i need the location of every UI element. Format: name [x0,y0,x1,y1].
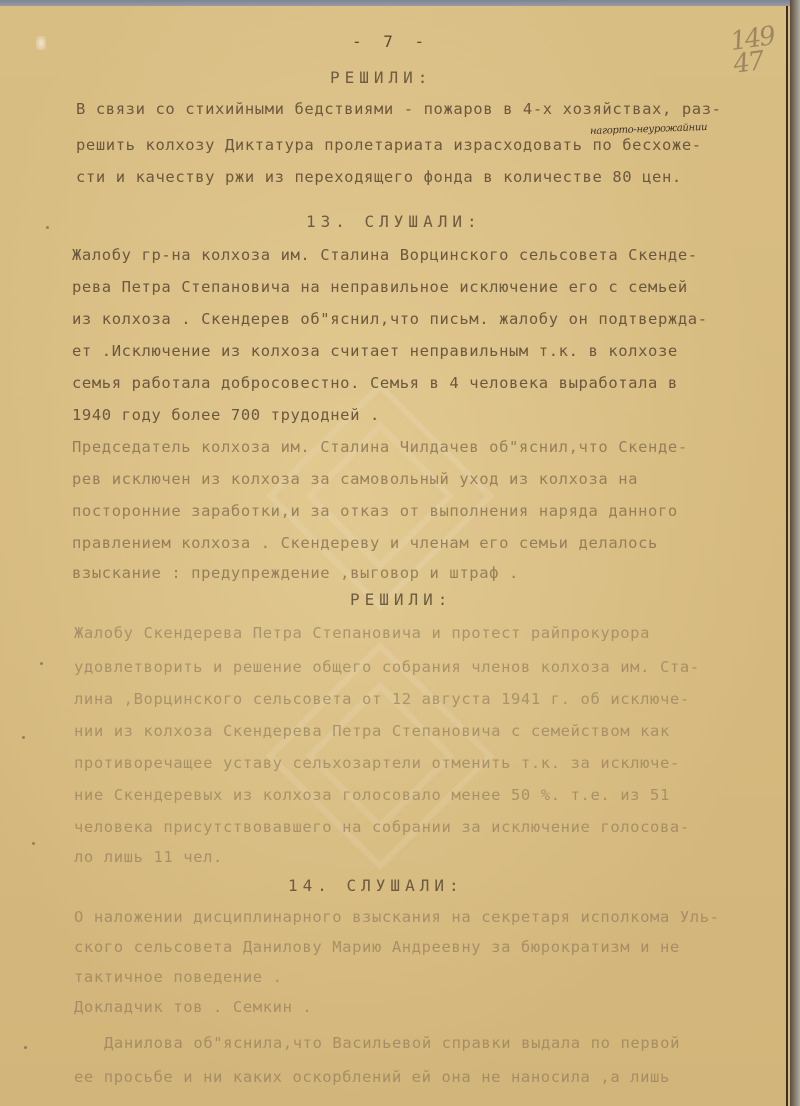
text-line: В связи со стихийными бедствиями - пожар… [76,100,722,118]
text-line: рев исключен из колхоза за самовольный у… [72,470,638,488]
document-page: - 7 - 14947 РЕШИЛИ: В связи со стихийным… [0,6,788,1106]
margin-speck [22,736,25,739]
section-heading-resolved: РЕШИЛИ: [350,590,452,609]
text-line: сти и качеству ржи из переходящего фонда… [76,168,682,186]
archive-folio-number: 14947 [729,25,779,77]
text-line: решить колхозу Диктатура пролетариата из… [76,136,702,154]
text-line: человека присутствовавшего на собрании з… [74,818,690,836]
text-line: рева Петра Степановича на неправильное и… [72,278,688,296]
text-line: тактичное поведение . [74,968,283,986]
text-line: Жалобу Скендерева Петра Степановича и пр… [74,624,650,642]
text-line: Данилова об"яснила,что Васильевой справк… [104,1034,680,1052]
margin-speck [46,226,49,229]
text-line: ет .Исключение из колхоза считает неправ… [72,342,678,360]
text-line: ние Скендеревых из колхоза голосовало ме… [74,786,670,804]
margin-speck [24,1046,27,1049]
page-binding-edge [790,0,800,1106]
text-line: нии из колхоза Скендерева Петра Степанов… [74,722,670,740]
section-heading-resolved: РЕШИЛИ: [330,68,432,87]
text-line: ского сельсовета Данилову Марию Андреевн… [74,938,680,956]
section-heading-heard-14: 14. СЛУШАЛИ: [288,876,464,895]
text-line: правлением колхоза . Скендереву и членам… [72,534,658,552]
text-line: Докладчик тов . Семкин . [74,998,312,1016]
handwritten-insertion: нагорто-неурожайнии [590,122,707,137]
paper-damage-mark [36,36,46,50]
text-line: Председатель колхоза им. Сталина Чилдаче… [72,438,688,456]
text-line: Жалобу гр-на колхоза им. Сталина Ворцинс… [72,246,698,264]
text-line: взыскание : предупреждение ,выговор и шт… [72,564,519,582]
text-line: 1940 году более 700 трудодней . [72,406,380,424]
text-line: лина ,Ворцинского сельсовета от 12 авгус… [74,690,690,708]
text-line: удовлетворить и решение общего собрания … [74,658,700,676]
text-line: семья работала добросовестно. Семья в 4 … [72,374,678,392]
margin-speck [32,842,35,845]
text-line: О наложении дисциплинарного взыскания на… [74,908,720,926]
margin-speck [40,662,43,665]
text-line: из колхоза . Скендерев об"яснил,что пись… [72,310,708,328]
section-heading-heard-13: 13. СЛУШАЛИ: [306,212,482,231]
page-number: - 7 - [352,32,430,51]
text-line: противоречащее уставу сельхозартели отме… [74,754,680,772]
text-line: ло лишь 11 чел. [74,848,223,866]
text-line: ее просьбе и ни каких оскорблений ей она… [74,1068,670,1086]
text-line: посторонние заработки,и за отказ от выпо… [72,502,678,520]
